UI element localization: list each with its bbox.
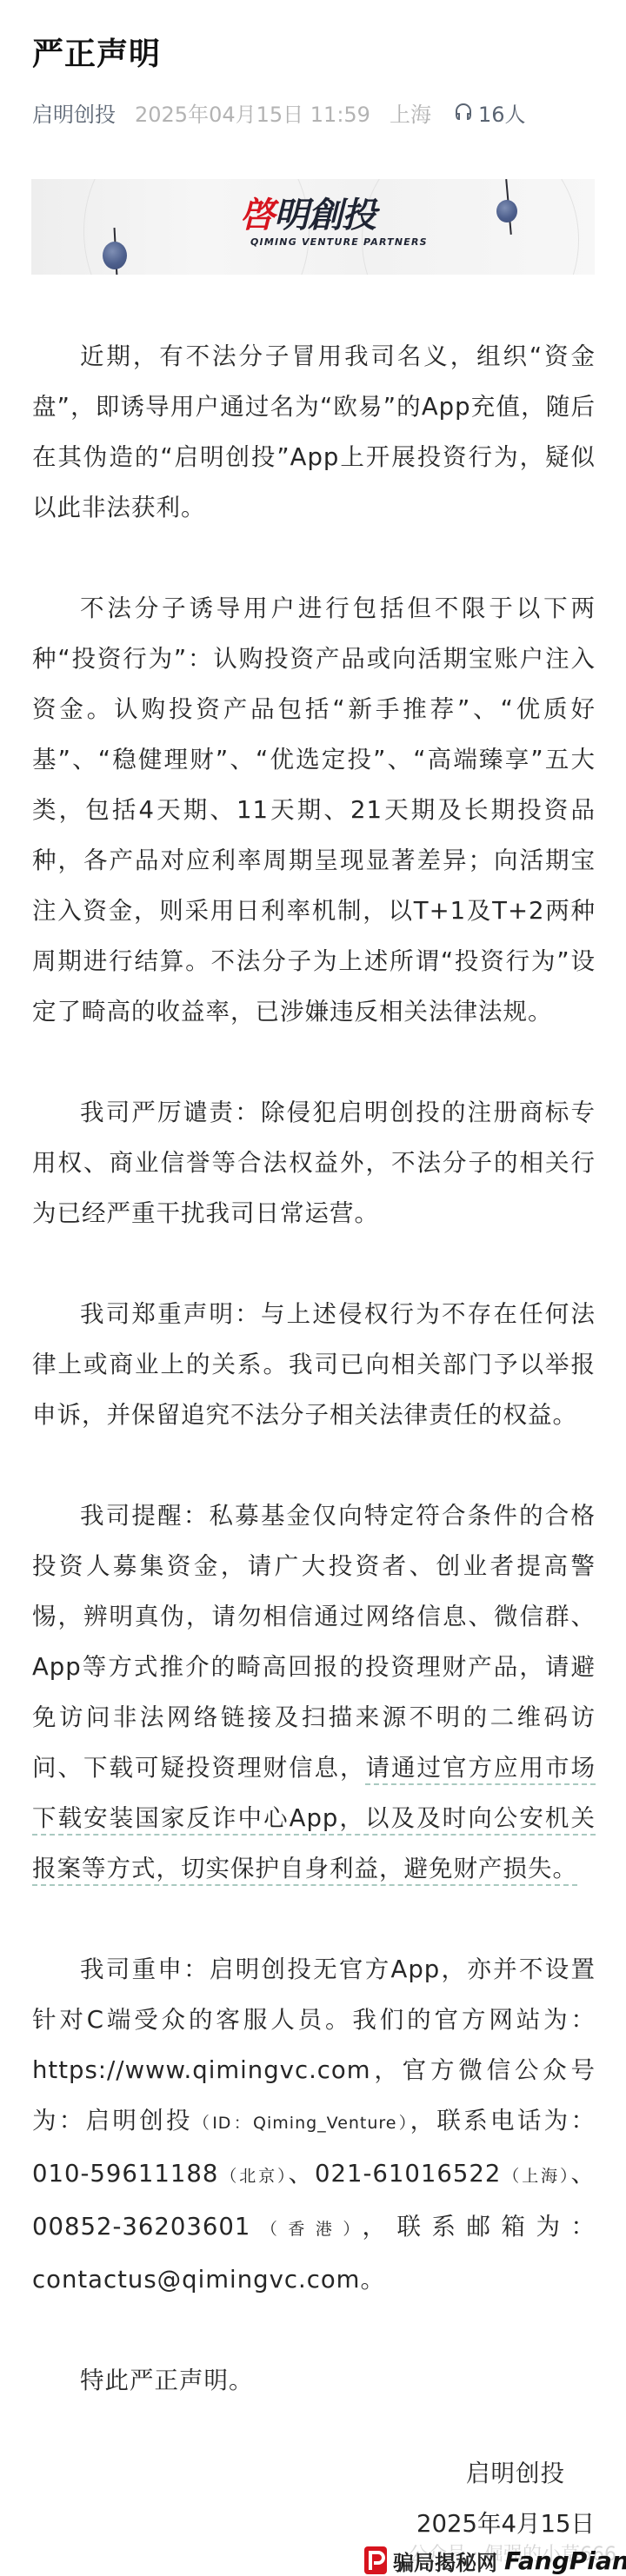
paragraph-closing: 特此严正声明。 bbox=[32, 2355, 596, 2406]
headphones-icon bbox=[454, 102, 473, 123]
phone-hongkong[interactable]: 00852-36203601 bbox=[32, 2213, 250, 2241]
paragraph-intro: 近期，有不法分子冒用我司名义，组织“资金盘”，即诱导用户通过名为“欧易”的App… bbox=[32, 331, 596, 533]
phone-shanghai[interactable]: 021-61016522 bbox=[315, 2160, 501, 2188]
article-meta: 启明创投 2025年04月15日 11:59 上海 16人 bbox=[32, 97, 526, 127]
paragraph-reminder: 我司提醒：私募基金仅向特定符合条件的合格投资人募集资金，请广大投资者、创业者提高… bbox=[32, 1490, 596, 1894]
logo-dark-chars: 明創投 bbox=[274, 196, 376, 236]
website-link[interactable]: https://www.qimingvc.com bbox=[32, 2056, 371, 2084]
publish-location: 上海 bbox=[390, 97, 431, 128]
separator: 、 bbox=[571, 2160, 596, 2188]
banner-bead bbox=[103, 242, 127, 269]
listen-button[interactable]: 16人 bbox=[454, 97, 526, 128]
listener-count: 16人 bbox=[478, 97, 526, 128]
separator: 、 bbox=[289, 2160, 315, 2188]
company-banner-image: 啓明創投 QIMING VENTURE PARTNERS bbox=[31, 179, 595, 275]
contact-intro: 我司重申：启明创投无官方App，亦并不设置针对C端受众的客服人员。我们的官方网站… bbox=[32, 1955, 596, 2034]
paragraph-condemn: 我司严厉谴责：除侵犯启明创投的注册商标专用权、商业信誉等合法权益外，不法分子的相… bbox=[32, 1087, 596, 1238]
publish-datetime: 2025年04月15日 11:59 bbox=[135, 97, 370, 128]
city-hongkong: （香港） bbox=[250, 2220, 362, 2239]
watermark-site-en: FangPian.net bbox=[504, 2546, 626, 2575]
qiming-logo: 啓明創投 QIMING VENTURE PARTNERS bbox=[240, 195, 396, 256]
author-link[interactable]: 启明创投 bbox=[32, 97, 116, 128]
paragraph-declaration: 我司郑重声明：与上述侵权行为不存在任何法律上或商业上的关系。我司已向相关部门予以… bbox=[32, 1289, 596, 1440]
article-body: 近期，有不法分子冒用我司名义，组织“资金盘”，即诱导用户通过名为“欧易”的App… bbox=[32, 331, 596, 2406]
city-beijing: （北京） bbox=[218, 2167, 288, 2186]
fangpian-logo-icon bbox=[363, 2546, 390, 2575]
paragraph-contact: 我司重申：启明创投无官方App，亦并不设置针对C端受众的客服人员。我们的官方网站… bbox=[32, 1944, 596, 2305]
email-label: ，联系邮箱为： bbox=[362, 2213, 596, 2241]
logo-red-char: 啓 bbox=[240, 196, 274, 236]
article-title: 严正声明 bbox=[32, 33, 161, 76]
reminder-text: 我司提醒：私募基金仅向特定符合条件的合格投资人募集资金，请广大投资者、创业者提高… bbox=[32, 1502, 596, 1782]
signature-date: 2025年4月15日 bbox=[416, 2506, 595, 2541]
watermark-site-cn: 骗局揭秘网 bbox=[393, 2546, 497, 2576]
logo-english: QIMING VENTURE PARTNERS bbox=[250, 236, 428, 248]
period: 。 bbox=[360, 2266, 385, 2294]
signature: 启明创投 bbox=[466, 2456, 565, 2491]
wechat-id: （ID：Qiming_Venture） bbox=[193, 2114, 410, 2133]
site-watermark: 骗局揭秘网 FangPian.net bbox=[363, 2545, 626, 2576]
banner-bead bbox=[496, 200, 517, 222]
email-link[interactable]: contactus@qimingvc.com bbox=[32, 2266, 360, 2294]
paragraph-scheme: 不法分子诱导用户进行包括但不限于以下两种“投资行为”：认购投资产品或向活期宝账户… bbox=[32, 583, 596, 1037]
phone-label: ，联系电话为： bbox=[410, 2107, 596, 2134]
phone-beijing[interactable]: 010-59611188 bbox=[32, 2160, 218, 2188]
city-shanghai: （上海） bbox=[501, 2167, 570, 2186]
